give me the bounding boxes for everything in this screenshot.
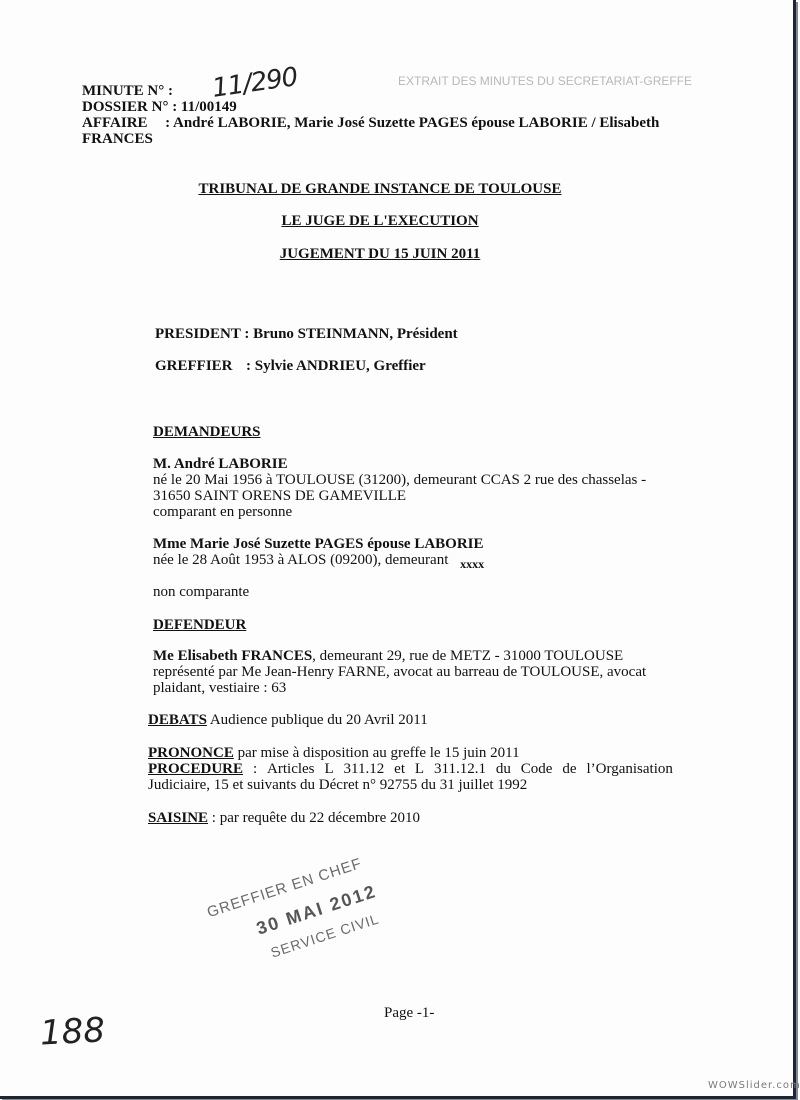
- watermark: WOWSlider.com: [708, 1080, 800, 1091]
- debats-line: DEBATS Audience publique du 20 Avril 201…: [148, 712, 428, 728]
- affaire-continuation: FRANCES: [82, 131, 659, 147]
- president-line: PRESIDENT : Bruno STEINMANN, Président: [155, 326, 458, 343]
- case-header: MINUTE N° : DOSSIER N° : 11/00149 AFFAIR…: [82, 83, 659, 147]
- affaire-label: AFFAIRE: [82, 115, 148, 131]
- greffier-label: GREFFIER: [155, 358, 233, 374]
- saisine-line: SAISINE : par requête du 22 décembre 201…: [148, 810, 420, 826]
- debats-label: DEBATS: [148, 712, 207, 728]
- demandeur-2-status: non comparante: [153, 584, 249, 600]
- dossier-label: DOSSIER N° : 11/00149: [82, 99, 659, 115]
- demandeur-2-name: Mme Marie José Suzette PAGES épouse LABO…: [153, 536, 484, 552]
- demandeur-2: Mme Marie José Suzette PAGES épouse LABO…: [153, 536, 484, 568]
- procedure-line-2: Judiciaire, 15 et suivants du Décret n° …: [148, 777, 673, 793]
- court-title: TRIBUNAL DE GRANDE INSTANCE DE TOULOUSE: [0, 181, 760, 198]
- judgment-title: JUGEMENT DU 15 JUIN 2011: [0, 246, 760, 263]
- procedure-line-1: PROCEDURE : Articles L 311.12 et L 311.1…: [148, 761, 673, 777]
- greffier-stamp: GREFFIER EN CHEF 30 MAI 2012 SERVICE CIV…: [205, 853, 387, 975]
- demandeur-1-name: M. André LABORIE: [153, 456, 646, 472]
- defendeur: Me Elisabeth FRANCES, demeurant 29, rue …: [153, 648, 646, 696]
- prononce-line: PRONONCE par mise à disposition au greff…: [148, 745, 520, 761]
- affaire-value: : André LABORIE, Marie José Suzette PAGE…: [165, 115, 659, 131]
- demandeurs-heading: DEMANDEURS: [153, 424, 261, 440]
- demandeur-2-line-1: née le 28 Août 1953 à ALOS (09200), deme…: [153, 552, 484, 568]
- greffier-value: : Sylvie ANDRIEU, Greffier: [246, 358, 426, 374]
- defendeur-line-2: représenté par Me Jean-Henry FARNE, avoc…: [153, 664, 646, 680]
- procedure-label: PROCEDURE: [148, 761, 243, 777]
- minute-label: MINUTE N° :: [82, 83, 659, 99]
- folio-number-handwritten: 188: [39, 1010, 106, 1053]
- page-number: Page -1-: [384, 1005, 434, 1022]
- affaire-line: AFFAIRE : André LABORIE, Marie José Suze…: [82, 115, 659, 131]
- demandeur-1: M. André LABORIE né le 20 Mai 1956 à TOU…: [153, 456, 646, 520]
- defendeur-heading: DEFENDEUR: [153, 617, 246, 633]
- defendeur-name: Me Elisabeth FRANCES: [153, 648, 312, 664]
- demandeur-1-line-2: 31650 SAINT ORENS DE GAMEVILLE: [153, 488, 646, 504]
- defendeur-line-3: plaidant, vestiaire : 63: [153, 680, 646, 696]
- defendeur-line-1: Me Elisabeth FRANCES, demeurant 29, rue …: [153, 648, 646, 664]
- demandeur-1-line-1: né le 20 Mai 1956 à TOULOUSE (31200), de…: [153, 472, 646, 488]
- demandeur-1-line-3: comparant en personne: [153, 504, 646, 520]
- procedure-block: PROCEDURE : Articles L 311.12 et L 311.1…: [148, 761, 673, 793]
- redacted-address: xxxx: [460, 557, 484, 571]
- greffier-line: GREFFIER : Sylvie ANDRIEU, Greffier: [155, 358, 426, 375]
- document-page: EXTRAIT DES MINUTES DU SECRETARIAT-GREFF…: [0, 0, 796, 1099]
- judge-title: LE JUGE DE L'EXECUTION: [0, 213, 760, 230]
- prononce-label: PRONONCE: [148, 745, 234, 761]
- saisine-label: SAISINE: [148, 810, 208, 826]
